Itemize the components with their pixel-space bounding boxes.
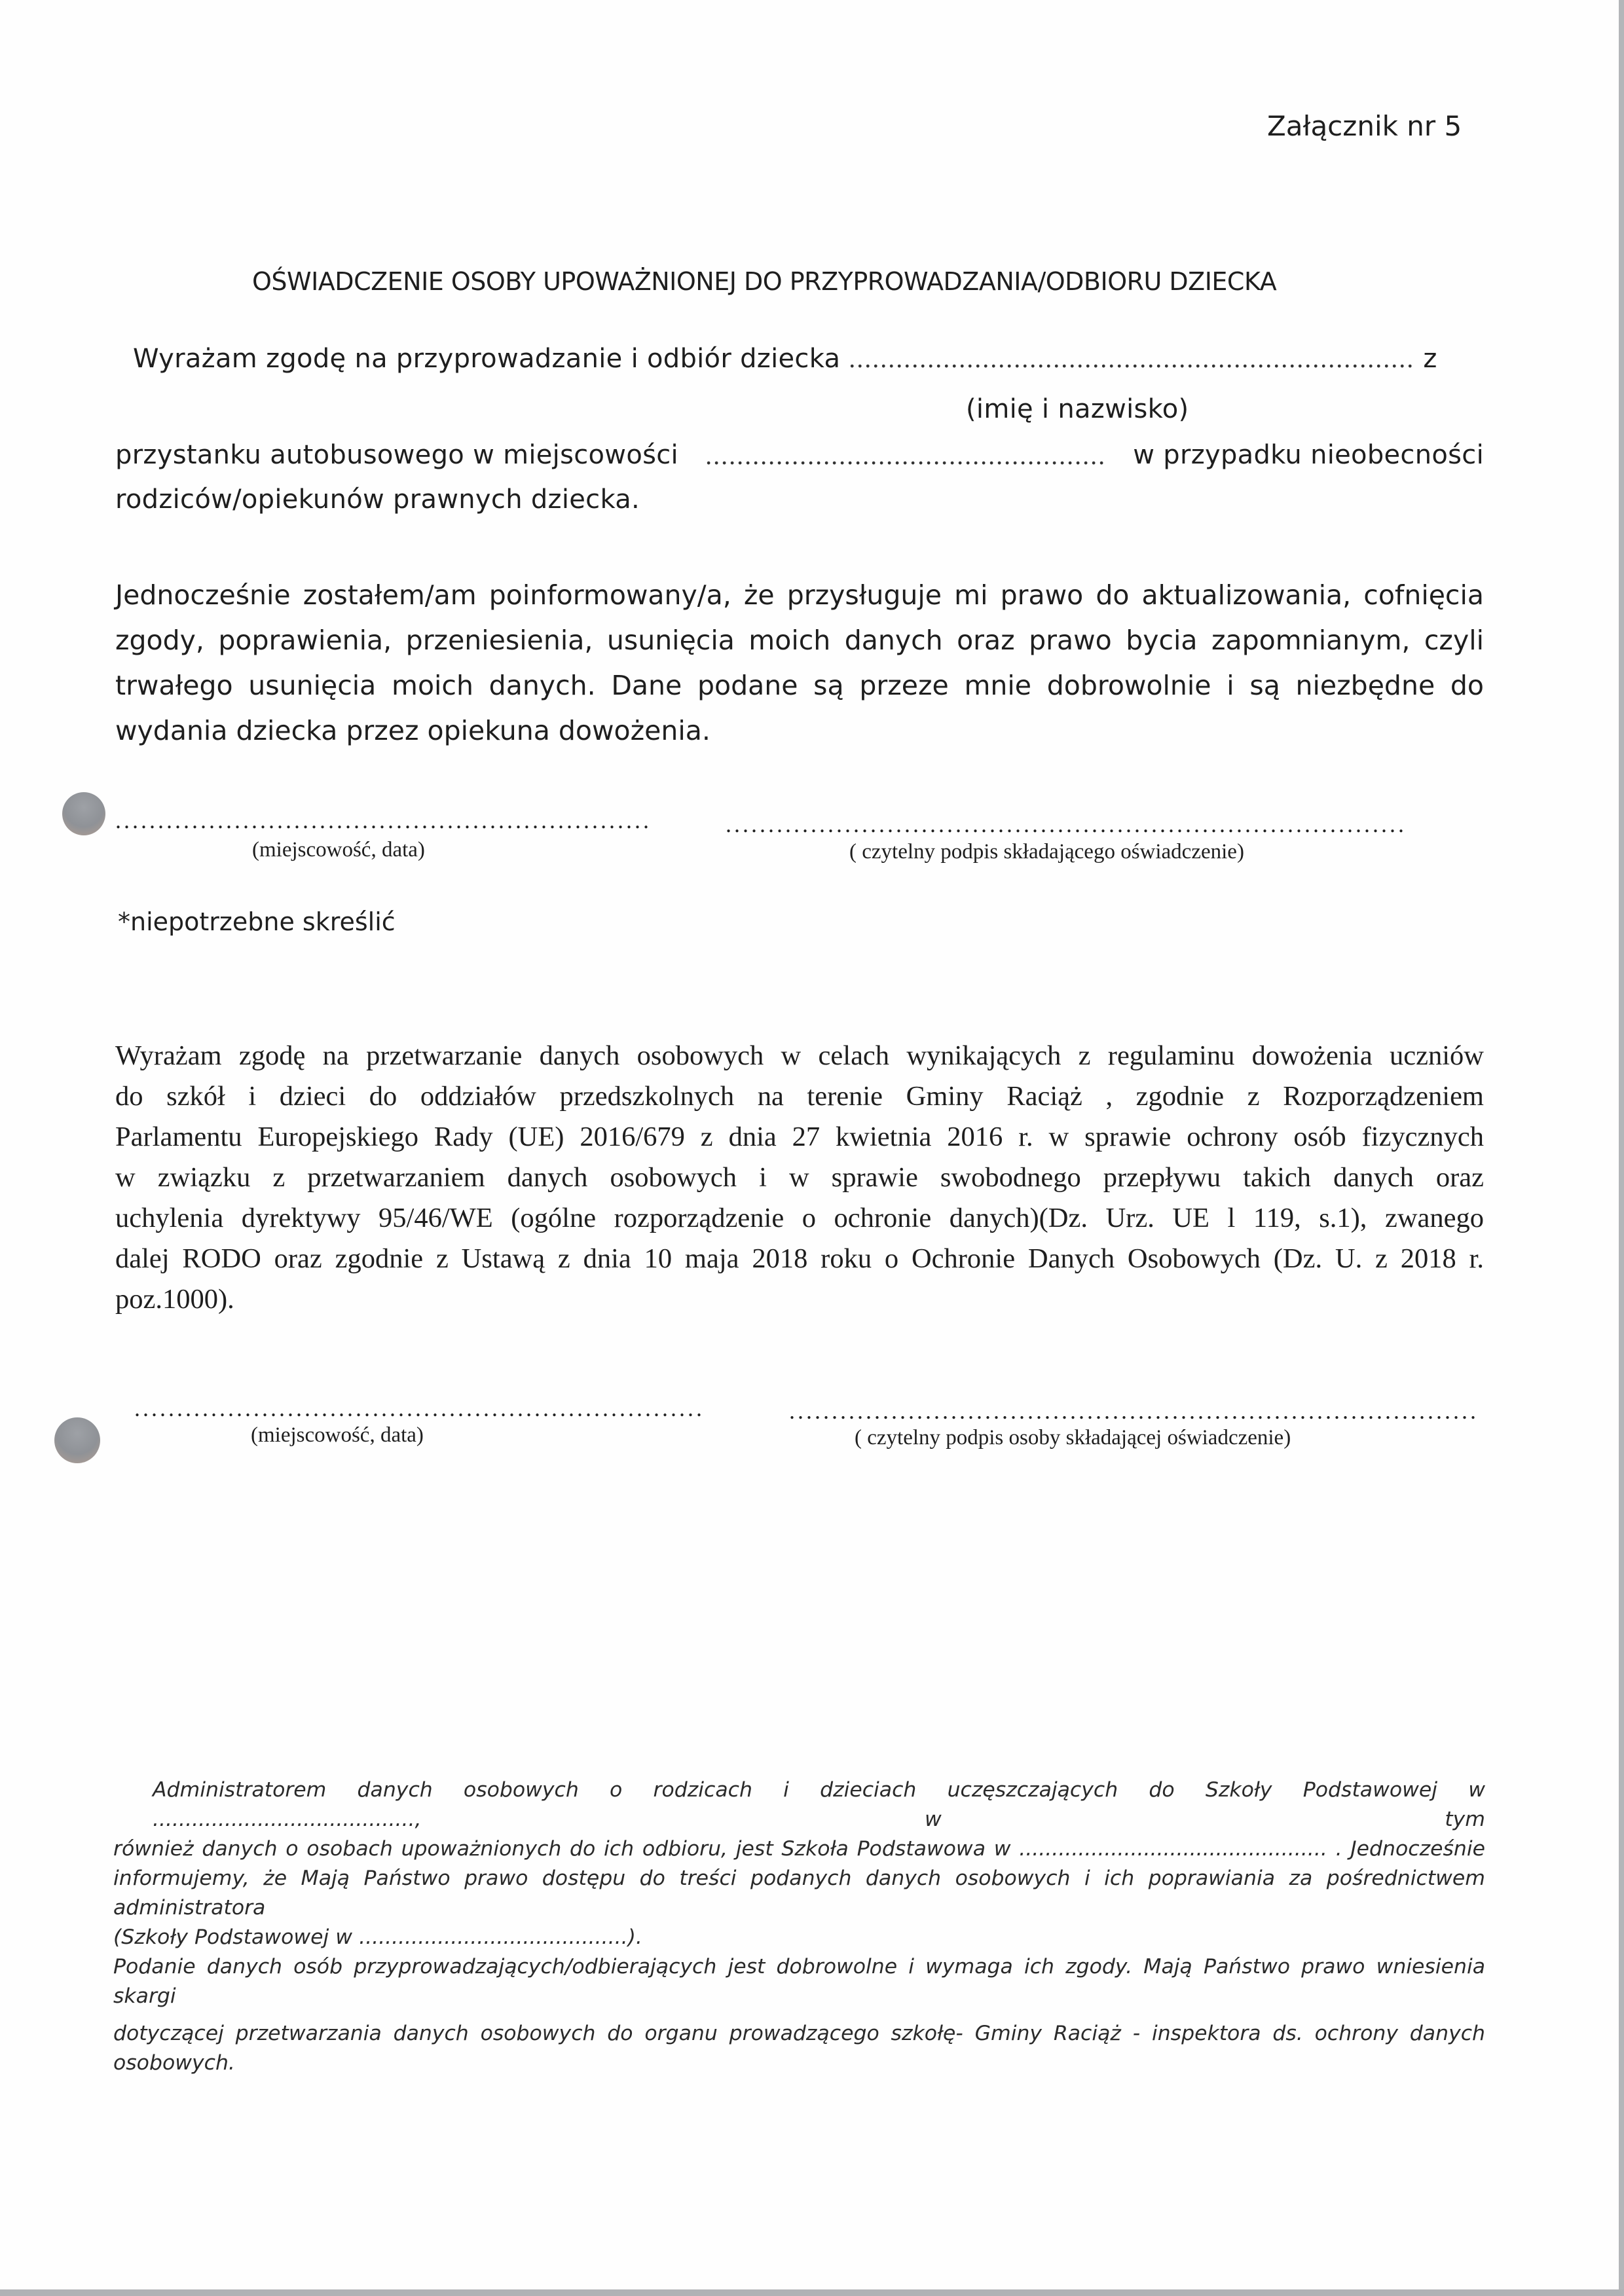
- footnote-line: informujemy, że Mają Państwo prawo dostę…: [113, 1864, 1485, 1923]
- consent-text-line: do szkół i dzieci do oddziałów przedszko…: [115, 1076, 1484, 1117]
- child-name-caption: (imię i nazwisko): [966, 394, 1189, 424]
- footnote-line: Podanie danych osób przyprowadzających/o…: [113, 1952, 1485, 2011]
- strike-out-note: *niepotrzebne skreślić: [118, 907, 396, 936]
- consent-line-2: przystanku autobusowego w miejscowości .…: [115, 440, 1484, 471]
- place-date-caption-1: (miejscowość, data): [252, 838, 425, 862]
- consent-text-line: Wyrażam zgodę na przetwarzanie danych os…: [115, 1036, 1484, 1076]
- consent-text-line: Parlamentu Europejskiego Rady (UE) 2016/…: [115, 1117, 1484, 1157]
- rights-paragraph: Jednocześnie zostałem/am poinformowany/a…: [115, 573, 1484, 754]
- consent-line-1-prefix: Wyrażam zgodę na przyprowadzanie i odbió…: [133, 344, 840, 374]
- footnote-line: dotyczącej przetwarzania danych osobowyc…: [113, 2019, 1485, 2078]
- signature-field-2[interactable]: ........................................…: [789, 1397, 1479, 1425]
- place-date-field-2[interactable]: ........................................…: [134, 1394, 705, 1422]
- gdpr-footnote: Administratorem danych osobowych o rodzi…: [113, 1776, 1485, 2078]
- consent-text-line: uchylenia dyrektywy 95/46/WE (ogólne roz…: [115, 1198, 1484, 1239]
- scan-edge-bottom: [0, 2289, 1624, 2296]
- punch-hole-bottom: [54, 1417, 100, 1463]
- scan-edge-right: [1619, 0, 1624, 2296]
- footnote-line: (Szkoły Podstawowej w ..................…: [113, 1923, 1485, 1952]
- consent-line-3: rodziców/opiekunów prawnych dziecka.: [115, 484, 640, 515]
- consent-line-1-suffix: z: [1423, 344, 1437, 374]
- footnote-line: również danych o osobach upoważnionych d…: [113, 1834, 1485, 1864]
- signature-caption-2: ( czytelny podpis osoby składającej oświ…: [855, 1426, 1291, 1450]
- place-date-caption-2: (miejscowość, data): [251, 1423, 424, 1448]
- document-title: OŚWIADCZENIE OSOBY UPOWAŻNIONEJ DO PRZYP…: [252, 267, 1276, 296]
- consent-text-line: poz.1000).: [115, 1279, 1484, 1320]
- consent-text-line: dalej RODO oraz zgodnie z Ustawą z dnia …: [115, 1239, 1484, 1279]
- place-date-field-1[interactable]: ........................................…: [115, 807, 652, 834]
- town-field[interactable]: ........................................…: [705, 440, 1106, 471]
- signature-field-1[interactable]: ........................................…: [726, 811, 1407, 838]
- child-name-field[interactable]: ........................................…: [849, 344, 1414, 373]
- signature-caption-1: ( czytelny podpis składającego oświadcze…: [849, 840, 1244, 864]
- attachment-label: Załącznik nr 5: [1267, 110, 1462, 142]
- data-processing-consent: Wyrażam zgodę na przetwarzanie danych os…: [115, 1036, 1484, 1320]
- consent-text-line: w związku z przetwarzaniem danych osobow…: [115, 1157, 1484, 1198]
- consent-line-2-suffix: w przypadku nieobecności: [1133, 440, 1484, 471]
- punch-hole-top: [62, 792, 105, 835]
- footnote-line: Administratorem danych osobowych o rodzi…: [113, 1776, 1485, 1834]
- consent-line-2-prefix: przystanku autobusowego w miejscowości: [115, 440, 678, 471]
- consent-line-1: Wyrażam zgodę na przyprowadzanie i odbió…: [133, 343, 1437, 374]
- scanned-page: Załącznik nr 5 OŚWIADCZENIE OSOBY UPOWAŻ…: [0, 0, 1624, 2296]
